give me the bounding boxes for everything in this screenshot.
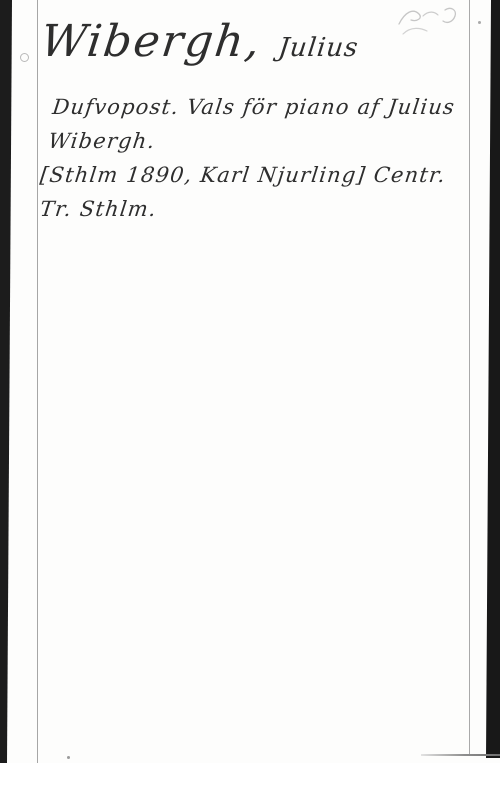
scan-page: Wibergh,Julius Dufvopost. Vals för piano… bbox=[0, 0, 500, 800]
entry-line-imprint: [Sthlm 1890, Karl Njurling] Centr. bbox=[38, 158, 491, 192]
card-entry-text: Dufvopost. Vals för piano af Julius Wibe… bbox=[38, 90, 500, 226]
heading-surname: Wibergh, bbox=[38, 16, 265, 67]
entry-line-title: Dufvopost. Vals för piano af Julius bbox=[51, 90, 500, 124]
heading-forename: Julius bbox=[277, 33, 361, 63]
speck-dot bbox=[478, 21, 481, 24]
entry-line-printing-place: Tr. Sthlm. bbox=[38, 192, 487, 226]
bottom-rule bbox=[421, 754, 500, 756]
speck-dot bbox=[67, 756, 70, 759]
entry-line-title-continued: Wibergh. bbox=[46, 124, 495, 158]
card-heading: Wibergh,Julius bbox=[38, 16, 362, 67]
left-margin-rule bbox=[37, 0, 38, 763]
punch-hole-mark bbox=[20, 53, 29, 62]
pencil-annotation bbox=[393, 2, 473, 42]
